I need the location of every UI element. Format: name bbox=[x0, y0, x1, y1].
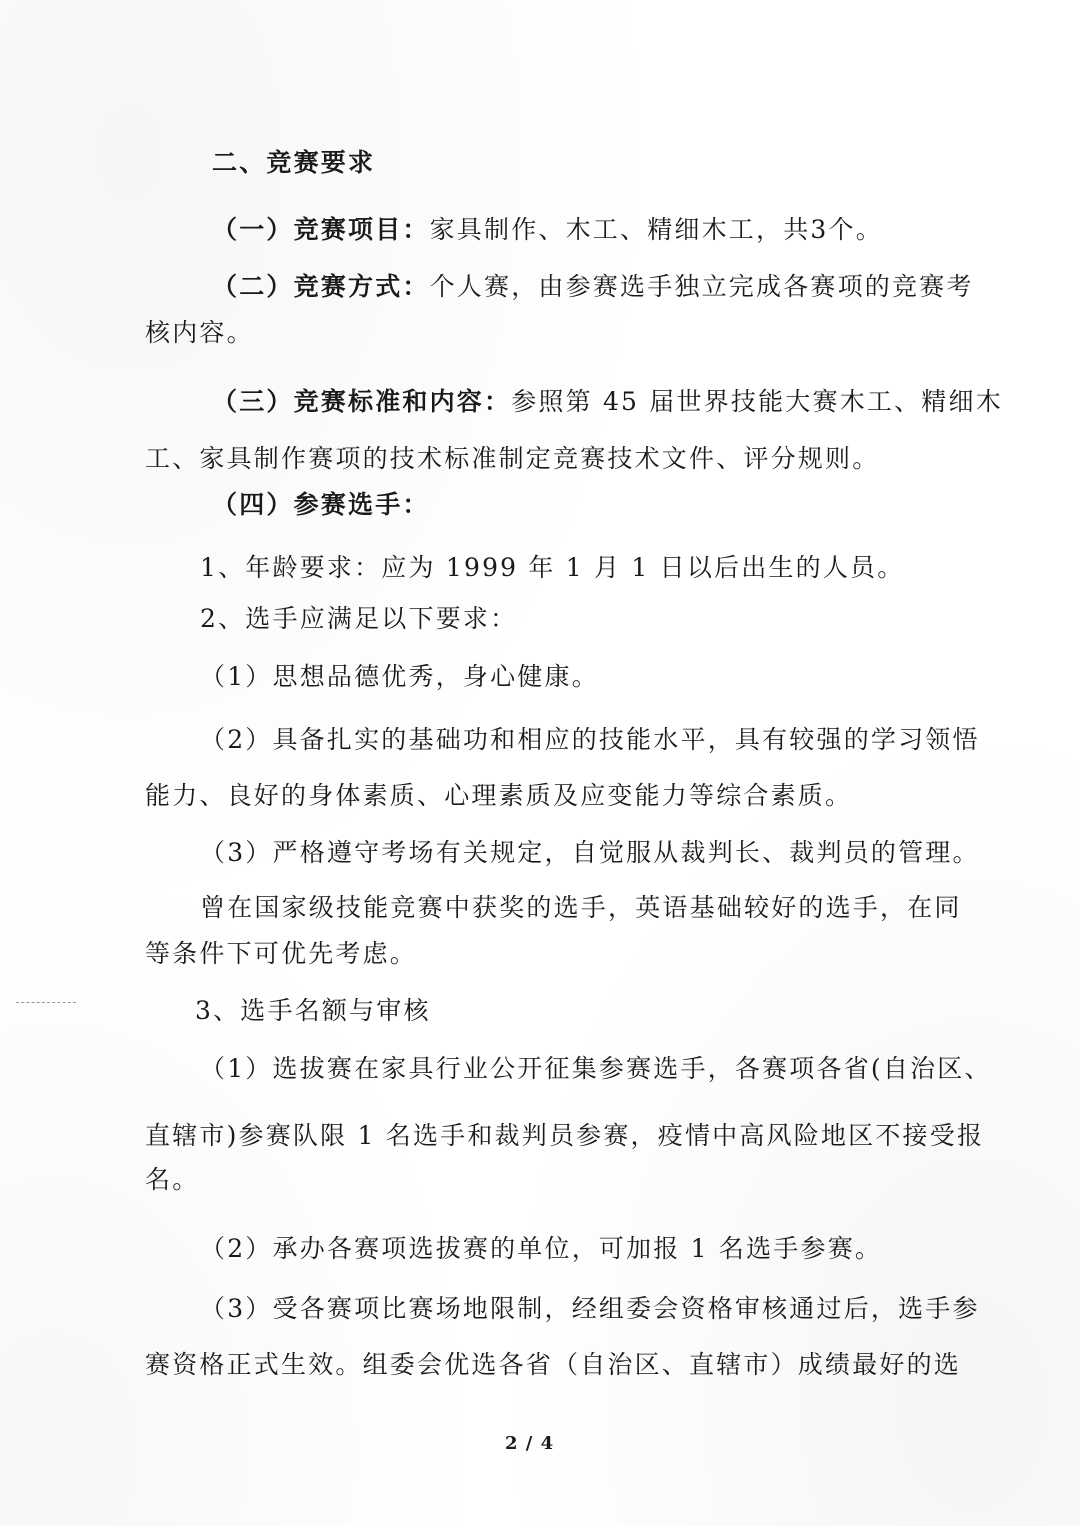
item-text: 个人赛，由参赛选手独立完成各赛项的竞赛考 bbox=[430, 272, 974, 301]
item-competition-events: （一）竞赛项目：家具制作、木工、精细木工，共3个。 bbox=[212, 215, 883, 245]
scan-artifact bbox=[16, 1002, 76, 1004]
age-requirement: 1、年龄要求：应为 1999 年 1 月 1 日以后出生的人员。 bbox=[200, 553, 904, 583]
item-competition-format-cont: 核内容。 bbox=[145, 318, 254, 348]
section-heading: 二、竞赛要求 bbox=[212, 148, 375, 178]
requirement-2-cont: 能力、良好的身体素质、心理素质及应变能力等综合素质。 bbox=[145, 781, 852, 811]
item-competition-standards-cont: 工、家具制作赛项的技术标准制定竞赛技术文件、评分规则。 bbox=[145, 444, 879, 474]
item-label: （一）竞赛项目： bbox=[212, 215, 430, 244]
item-competition-standards: （三）竞赛标准和内容：参照第 45 届世界技能大赛木工、精细木 bbox=[212, 387, 1003, 417]
requirement-1: （1）思想品德优秀，身心健康。 bbox=[200, 662, 599, 692]
item-competition-format: （二）竞赛方式：个人赛，由参赛选手独立完成各赛项的竞赛考 bbox=[212, 272, 974, 302]
requirement-2: （2）具备扎实的基础功和相应的技能水平，具有较强的学习领悟 bbox=[200, 725, 980, 755]
quota-1-cont2: 名。 bbox=[145, 1165, 199, 1195]
quota-heading: 3、选手名额与审核 bbox=[195, 996, 431, 1026]
priority-note: 曾在国家级技能竞赛中获奖的选手，英语基础较好的选手，在同 bbox=[200, 893, 962, 923]
quota-2: （2）承办各赛项选拔赛的单位，可加报 1 名选手参赛。 bbox=[200, 1234, 882, 1264]
item-text: 家具制作、木工、精细木工，共3个。 bbox=[430, 215, 883, 244]
item-label: （三）竞赛标准和内容： bbox=[212, 387, 511, 416]
quota-3: （3）受各赛项比赛场地限制，经组委会资格审核通过后，选手参 bbox=[200, 1294, 980, 1324]
requirement-3: （3）严格遵守考场有关规定，自觉服从裁判长、裁判员的管理。 bbox=[200, 838, 980, 868]
item-participants-label: （四）参赛选手： bbox=[212, 490, 430, 520]
page-number: 2 / 4 bbox=[505, 1433, 554, 1454]
quota-1-cont: 直辖市)参赛队限 1 名选手和裁判员参赛，疫情中高风险地区不接受报 bbox=[145, 1121, 984, 1151]
document-page: 二、竞赛要求 （一）竞赛项目：家具制作、木工、精细木工，共3个。 （二）竞赛方式… bbox=[0, 0, 1080, 1526]
item-label: （二）竞赛方式： bbox=[212, 272, 430, 301]
quota-1: （1）选拔赛在家具行业公开征集参赛选手，各赛项各省(自治区、 bbox=[200, 1054, 992, 1084]
quota-3-cont: 赛资格正式生效。组委会优选各省（自治区、直辖市）成绩最好的选 bbox=[145, 1350, 961, 1380]
priority-note-cont: 等条件下可优先考虑。 bbox=[145, 939, 417, 969]
item-text: 参照第 45 届世界技能大赛木工、精细木 bbox=[511, 387, 1003, 416]
requirements-heading: 2、选手应满足以下要求： bbox=[200, 604, 517, 634]
